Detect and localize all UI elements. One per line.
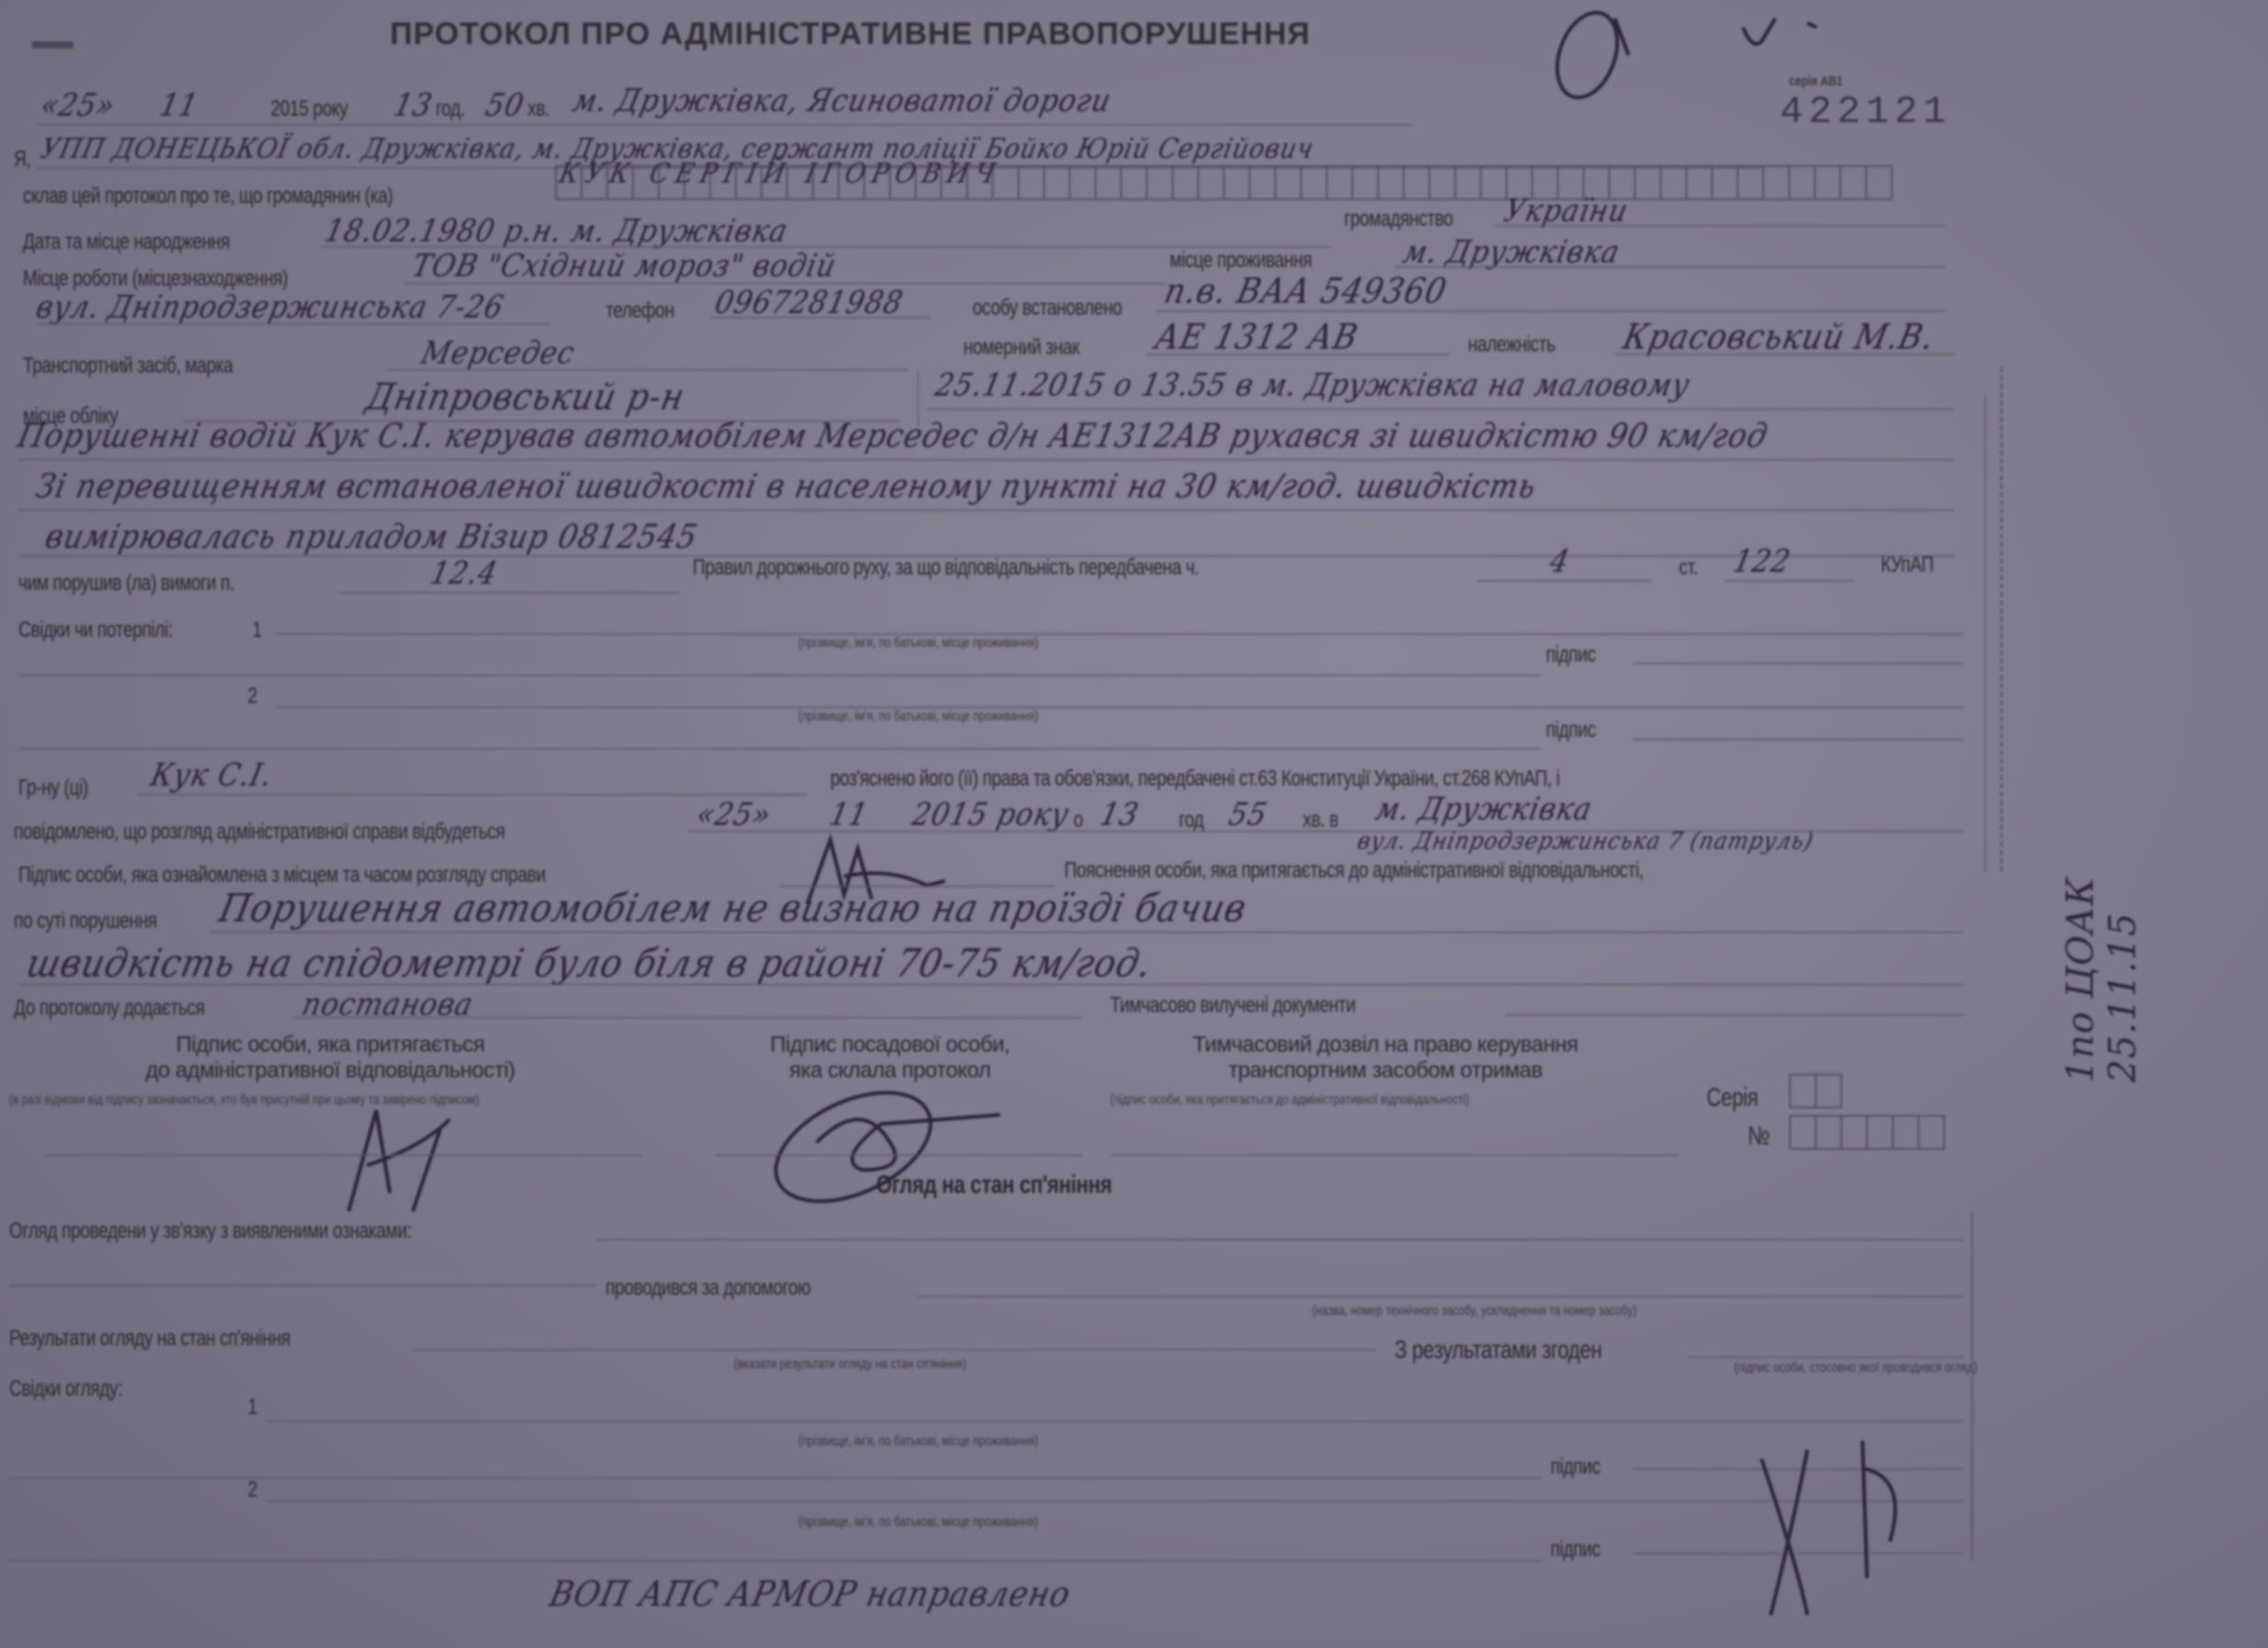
sobriety-result-label: Результати огляду на стан сп'яніння — [9, 1326, 290, 1352]
citizenship-label: громадянство — [1344, 206, 1453, 232]
address-value: вул. Дніпродзержинська 7-26 — [33, 289, 507, 326]
acknowledge-sign-label: Підпис особи, яка ознайомлена з місцем т… — [18, 863, 546, 888]
hearing-hour-prefix: о — [1073, 807, 1083, 833]
permit-number-boxes — [1789, 1115, 1945, 1150]
time-hour-label: год. — [436, 96, 465, 122]
registration-value: Дніпровський р-н — [362, 376, 689, 418]
hearing-minute-label: хв. в — [1303, 807, 1339, 833]
offense-line-3: Зі перевищенням встановленої швидкості в… — [33, 468, 1540, 506]
hearing-place-note: вул. Дніпродзержинська 7 (патруль) — [1355, 828, 1817, 855]
violation-rule-point: 12.4 — [428, 555, 501, 592]
sobriety-witness-2-hint: (прізвище, ім'я, по батькові, місце прож… — [798, 1514, 1039, 1530]
rights-text: роз'яснено його (її) права та обов'язки,… — [830, 766, 1560, 792]
sobriety-conducted-label: Огляд проведени у зв'язку з виявленими о… — [9, 1219, 411, 1244]
sobriety-witnesses-label: Свідки огляду: — [9, 1376, 122, 1402]
time-minute: 50 — [483, 87, 528, 124]
identified-label: особу встановлено — [973, 295, 1122, 321]
permit-number-label: № — [1748, 1121, 1770, 1151]
ownership-label: належність — [1468, 332, 1555, 358]
protocol-document: ПРОТОКОЛ ПРО АДМІНІСТРАТИВНЕ ПРАВОПОРУШЕ… — [0, 0, 2268, 1648]
phone-label: телефон — [606, 298, 674, 324]
attachments-label: До протоколу додається — [14, 996, 205, 1021]
sobriety-witness-1-number: 1 — [248, 1395, 257, 1420]
offender-signature-label: Підпис особи, яка притягається до адміні… — [110, 1032, 550, 1084]
offense-line-4: вимірювалась приладом Візир 0812545 — [42, 518, 701, 556]
hearing-hour: 13 — [1097, 796, 1142, 833]
rights-name: Кук С.І. — [148, 757, 276, 794]
explanation-line-2: швидкість на спідометрі було біля в райо… — [23, 941, 1156, 985]
code-label: КУпАП — [1881, 552, 1934, 578]
sobriety-agree-label: З результатами згоден — [1395, 1335, 1602, 1364]
explanation-label-2: по суті порушення — [14, 908, 157, 934]
sobriety-witness-1-hint: (прізвище, ім'я, по батькові, місце прож… — [798, 1433, 1039, 1449]
offender-signature-2 — [312, 1092, 495, 1220]
witness-2-sign-label: підпис — [1546, 718, 1595, 743]
document-title: ПРОТОКОЛ ПРО АДМІНІСТРАТИВНЕ ПРАВОПОРУШЕ… — [390, 17, 1310, 52]
offender-name: КУК СЕРГІЙ ІГОРОВИЧ — [556, 158, 1005, 190]
sobriety-witness-2-sign: підпис — [1551, 1537, 1600, 1563]
officer-prefix: Я, — [14, 147, 30, 173]
hearing-minute: 55 — [1226, 796, 1271, 833]
hearing-year: 2015 року — [909, 796, 1073, 833]
explanation-label: Пояснення особи, яка притягається до адм… — [1064, 858, 1643, 884]
time-hour: 13 — [391, 87, 436, 124]
date-day: «25» — [38, 87, 118, 124]
sobriety-using-label: проводився за допомогою — [606, 1275, 810, 1301]
plate-label: номерний знак — [963, 335, 1080, 361]
offense-line-2: Порушенні водій Кук С.І. керував автомоб… — [15, 418, 1772, 455]
permit-signature-label: Тимчасовий дозвіл на право керування тра… — [1110, 1032, 1661, 1084]
witness-1-number: 1 — [252, 618, 261, 643]
workplace-label: Місце роботи (місцезнаходження) — [23, 266, 288, 292]
citizenship-value: України — [1501, 193, 1632, 229]
bottom-initials-signature — [1734, 1431, 1936, 1633]
residence-label: місце проживання — [1170, 248, 1312, 273]
top-signature — [1514, 0, 1899, 101]
birth-value: 18.02.1980 р.н. м. Дружківка — [322, 213, 792, 250]
offense-place: м. Дружківка, Ясиноватої дороги — [570, 83, 1115, 119]
footer-note: ВОП АПС АРМОР направлено — [546, 1574, 1074, 1614]
phone-value: 0967281988 — [712, 284, 906, 321]
witness-1-hint: (прізвище, ім'я, по батькові, місце прож… — [798, 635, 1039, 651]
sobriety-title: Огляд на стан сп'яніння — [876, 1170, 1112, 1199]
sobriety-witness-1-sign: підпис — [1551, 1454, 1600, 1480]
sobriety-using-hint: (назва, номер технічного засобу, ускладн… — [1312, 1303, 1637, 1319]
hearing-month: 11 — [827, 796, 872, 833]
permit-series-label: Серія — [1707, 1083, 1758, 1112]
seized-docs-label: Тимчасово вилучені документи — [1110, 993, 1355, 1019]
hearing-hour-label: год — [1179, 807, 1204, 833]
date-year: 2015 року — [271, 96, 348, 122]
sobriety-agree-hint: (підпис особи, стосовно якої проводився … — [1734, 1360, 1977, 1375]
violation-article: 122 — [1730, 543, 1795, 580]
identified-value: п.в. ВАА 549360 — [1161, 271, 1451, 311]
time-minute-label: хв. — [528, 96, 550, 122]
residence-value: м. Дружківка — [1400, 234, 1624, 271]
vehicle-label: Транспортний засіб, марка — [23, 353, 233, 379]
corner-mark — [32, 41, 73, 49]
permit-series-boxes — [1789, 1074, 1842, 1108]
rights-label: Гр-ну (ці) — [18, 775, 88, 801]
birth-label: Дата та місце народження — [23, 229, 229, 255]
article-label: ст. — [1679, 555, 1697, 581]
margin-vertical-note: 1по ЦОАК 25.11.15 — [2060, 874, 2144, 1083]
violation-label: чим порушив (ла) вимоги п. — [18, 571, 234, 596]
explanation-line-1: Порушення автомобілем не визнаю на проїз… — [216, 885, 1251, 930]
workplace-value: ТОВ "Східний мороз" водій — [409, 248, 839, 284]
witness-2-hint: (прізвище, ім'я, по батькові, місце прож… — [798, 708, 1039, 724]
vehicle-value: Мерседес — [418, 335, 579, 372]
sobriety-witness-2-number: 2 — [248, 1477, 257, 1503]
hearing-notice: повідомлено, що розгляд адміністративної… — [14, 819, 505, 845]
violation-part: 4 — [1547, 543, 1573, 580]
permit-signature-hint: (підпис особи, яка притягається до адмін… — [1110, 1092, 1469, 1108]
offender-label: склав цей протокол про те, що громадянин… — [23, 184, 393, 209]
hearing-day: «25» — [694, 796, 774, 833]
violation-rule-text: Правил дорожнього руху, за що відповідал… — [693, 555, 1199, 581]
sobriety-result-hint: (вказати результати огляду на стан сп'ян… — [734, 1356, 966, 1372]
witnesses-label: Свідки чи потерпілі: — [18, 618, 172, 643]
plate-value: АЕ 1312 АВ — [1151, 317, 1362, 357]
witness-1-sign-label: підпис — [1546, 642, 1595, 668]
hearing-place: м. Дружківка — [1373, 791, 1596, 828]
witness-2-number: 2 — [248, 684, 257, 709]
date-month: 11 — [157, 87, 202, 124]
offense-line-1: 25.11.2015 о 13.55 в м. Дружківка на мал… — [932, 367, 1694, 404]
ownership-value: Красовський М.В. — [1619, 317, 1938, 357]
